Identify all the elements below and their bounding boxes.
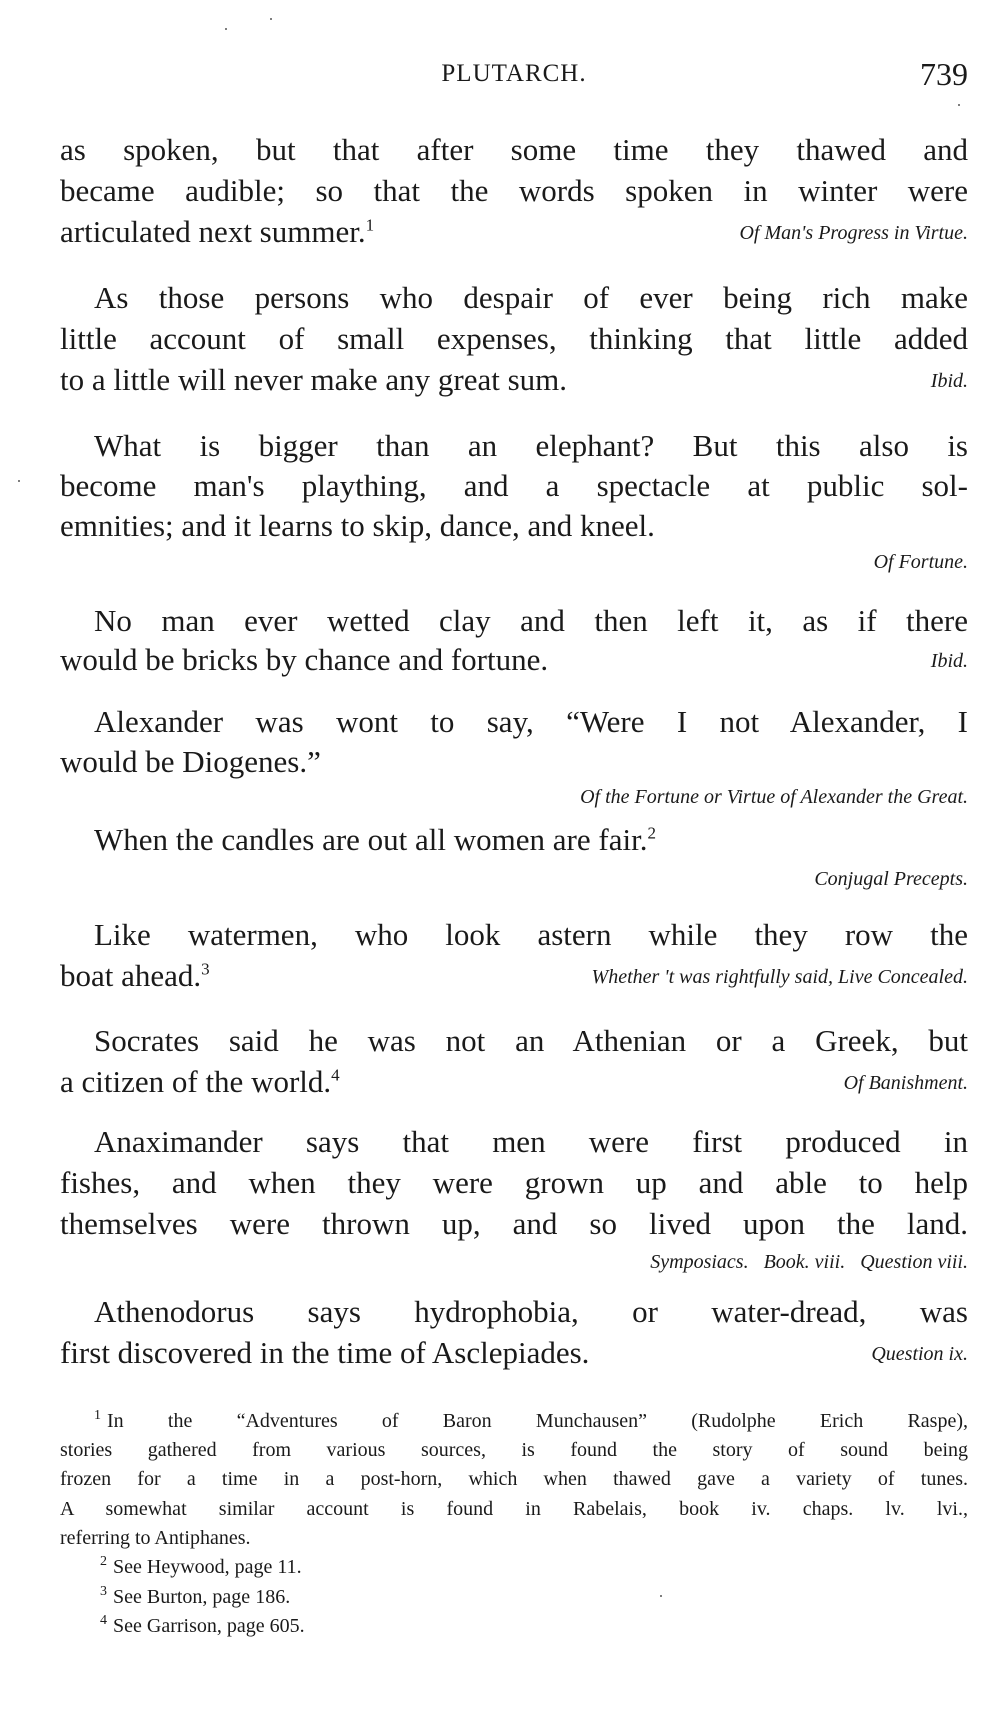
- quote-line: emnities; and it learns to skip, dance, …: [60, 506, 655, 546]
- quote-line: as spoken, but that after some time they…: [60, 130, 968, 170]
- attribution: Ibid.: [931, 650, 968, 673]
- quote-line: would be bricks by chance and fortune.: [60, 640, 548, 680]
- quote-text: When the candles are out all women are f…: [94, 822, 647, 857]
- scan-speck: [958, 104, 960, 106]
- quote-line: Athenodorus says hydrophobia, or water-d…: [60, 1292, 968, 1332]
- quote-line: No man ever wetted clay and then left it…: [60, 601, 968, 641]
- quote-line: little account of small expenses, thinki…: [60, 319, 968, 359]
- quote-line: first discovered in the time of Asclepia…: [60, 1333, 589, 1373]
- quote-text: a citizen of the world.: [60, 1064, 331, 1099]
- scan-speck: [660, 1595, 662, 1597]
- quote-line: As those persons who despair of ever bei…: [60, 278, 968, 318]
- attribution: Symposiacs. Book. viii. Question viii.: [650, 1248, 968, 1276]
- attribution: Ibid.: [931, 370, 968, 393]
- footnote-4: 4See Garrison, page 605.: [100, 1612, 305, 1641]
- footnote-ref[interactable]: 1: [366, 216, 375, 235]
- attribution: Conjugal Precepts.: [814, 865, 968, 893]
- quote-line: Anaximander says that men were first pro…: [60, 1122, 968, 1162]
- footnote-number: 2: [100, 1554, 107, 1569]
- footnote-ref[interactable]: 2: [647, 824, 656, 843]
- quote-line: Like watermen, who look astern while the…: [60, 915, 968, 955]
- attribution: Of Banishment.: [844, 1072, 968, 1095]
- quote-line: articulated next summer.1: [60, 212, 374, 252]
- footnote-text: See Garrison, page 605.: [113, 1615, 305, 1637]
- attribution: Whether 't was rightfully said, Live Con…: [592, 966, 968, 989]
- footnote-1-line: A somewhat similar account is found in R…: [60, 1495, 968, 1524]
- running-title: PLUTARCH.: [60, 60, 968, 88]
- footnote-2: 2See Heywood, page 11.: [100, 1553, 302, 1582]
- footnote-1-line: stories gathered from various sources, i…: [60, 1436, 968, 1465]
- quote-line: a citizen of the world.4: [60, 1062, 340, 1102]
- quote-line: What is bigger than an elephant? But thi…: [60, 426, 968, 466]
- footnote-number: 1: [94, 1408, 101, 1423]
- footnote-text: See Heywood, page 11.: [113, 1556, 302, 1578]
- footnote-number: 4: [100, 1613, 107, 1628]
- quote-line: Socrates said he was not an Athenian or …: [60, 1021, 968, 1061]
- attribution: Question ix.: [871, 1343, 968, 1366]
- quote-text: articulated next summer.: [60, 214, 366, 249]
- footnote-text: In the “Adventures of Baron Munchausen” …: [107, 1410, 968, 1432]
- quote-line: become man's plaything, and a spectacle …: [60, 466, 968, 506]
- footnote-1-line: referring to Antiphanes.: [60, 1524, 251, 1553]
- page-number: 739: [920, 56, 968, 93]
- quote-line: to a little will never make any great su…: [60, 360, 567, 400]
- quote-text: boat ahead.: [60, 958, 201, 993]
- scan-speck: [18, 480, 20, 482]
- attribution: Of the Fortune or Virtue of Alexander th…: [580, 783, 968, 811]
- footnote-ref[interactable]: 4: [331, 1066, 340, 1085]
- scan-speck: [270, 18, 272, 20]
- quote-line: Alexander was wont to say, “Were I not A…: [60, 702, 968, 742]
- running-head: PLUTARCH. 739: [60, 56, 968, 92]
- quote-line: When the candles are out all women are f…: [60, 820, 656, 860]
- quote-line: became audible; so that the words spoken…: [60, 171, 968, 211]
- quote-line: fishes, and when they were grown up and …: [60, 1163, 968, 1203]
- footnote-1-line: frozen for a time in a post-horn, which …: [60, 1465, 968, 1494]
- footnote-number: 3: [100, 1584, 107, 1599]
- quote-line: would be Diogenes.”: [60, 742, 321, 782]
- attribution: Of Fortune.: [874, 548, 968, 576]
- footnote-ref[interactable]: 3: [201, 960, 210, 979]
- footnote-1-line: 1In the “Adventures of Baron Munchausen”…: [60, 1407, 968, 1436]
- scan-speck: [225, 28, 227, 30]
- attribution: Of Man's Progress in Virtue.: [739, 222, 968, 245]
- quote-line: themselves were thrown up, and so lived …: [60, 1204, 968, 1244]
- footnote-3: 3See Burton, page 186.: [100, 1583, 290, 1612]
- quote-line: boat ahead.3: [60, 956, 210, 996]
- footnote-text: See Burton, page 186.: [113, 1586, 290, 1608]
